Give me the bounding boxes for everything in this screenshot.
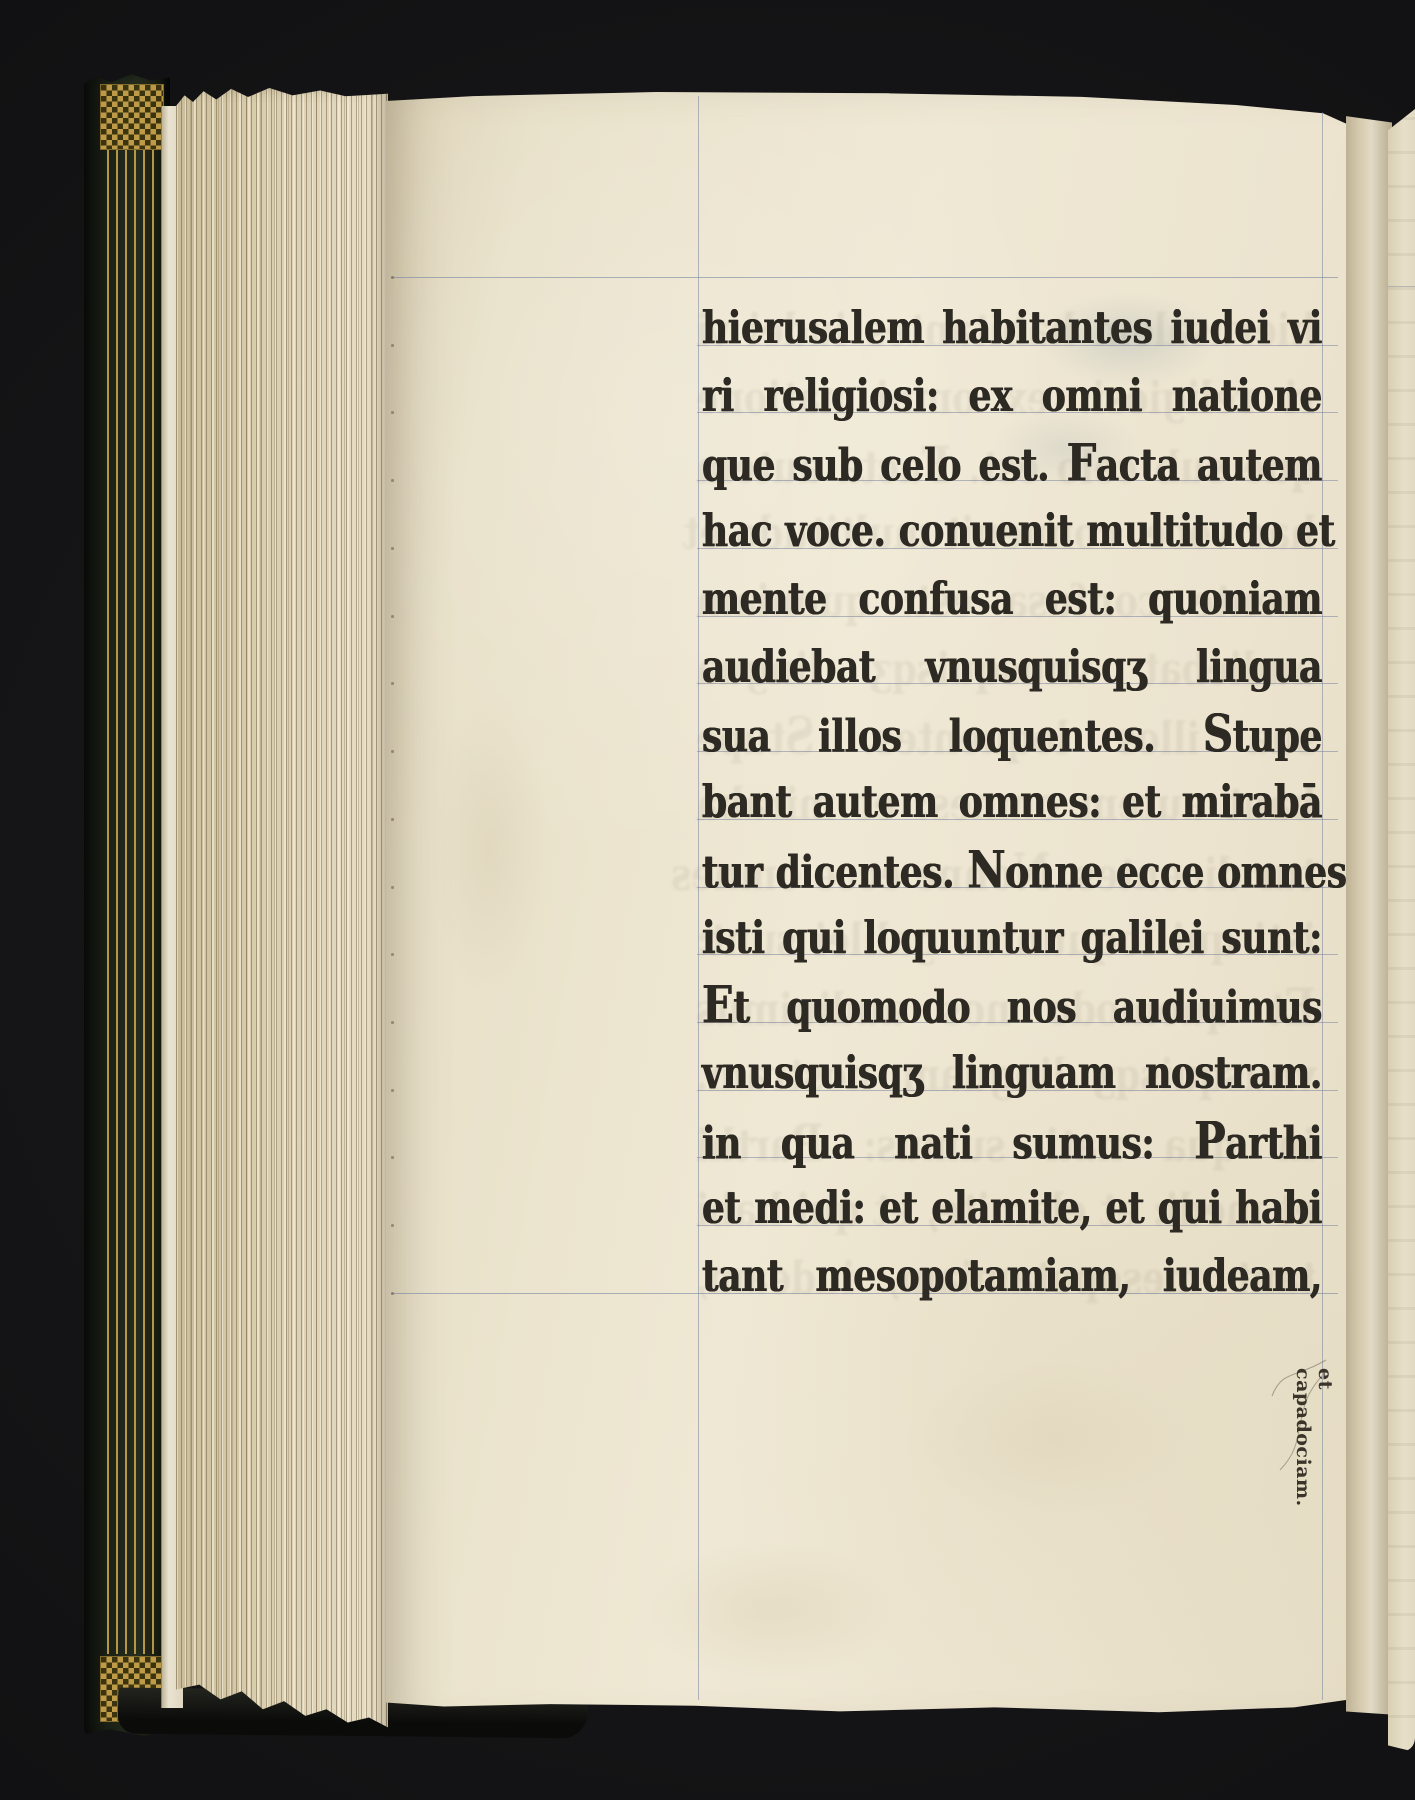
pricking-hole — [391, 615, 394, 618]
pricking-hole — [391, 886, 394, 889]
pricking-hole — [391, 411, 394, 414]
fore-edge-roll — [1346, 108, 1392, 1726]
pricking-hole — [391, 479, 394, 482]
pricking-hole — [391, 1021, 394, 1024]
gilt-headband-top — [100, 84, 164, 150]
parchment-stain — [640, 1540, 900, 1680]
parchment-stain — [430, 700, 550, 1000]
manuscript-photograph: hierusalem habitantes iudei viri religio… — [0, 0, 1415, 1800]
manuscript-line: tant mesopotamiam, iudeam, — [702, 1214, 1322, 1296]
parchment-stain — [900, 1360, 1200, 1520]
pricking-hole — [391, 682, 394, 685]
pricking-hole — [391, 818, 394, 821]
pricking-hole — [391, 344, 394, 347]
pricking-hole — [391, 1224, 394, 1227]
pricking-hole — [391, 276, 394, 279]
pricking-hole — [391, 547, 394, 550]
pricking-hole — [391, 953, 394, 956]
pricking-hole — [391, 1156, 394, 1159]
pricking-hole — [391, 750, 394, 753]
ruling-line — [1388, 286, 1415, 287]
pricking-hole — [391, 1089, 394, 1092]
stacked-page-edges — [176, 88, 388, 1734]
facing-page-sliver — [1388, 104, 1415, 1752]
pricking-hole — [391, 1292, 394, 1295]
gilt-spine-stripes — [102, 150, 162, 1654]
book-spine — [84, 74, 170, 1736]
catchword-vertical: et capadociam. — [1316, 1368, 1336, 1534]
